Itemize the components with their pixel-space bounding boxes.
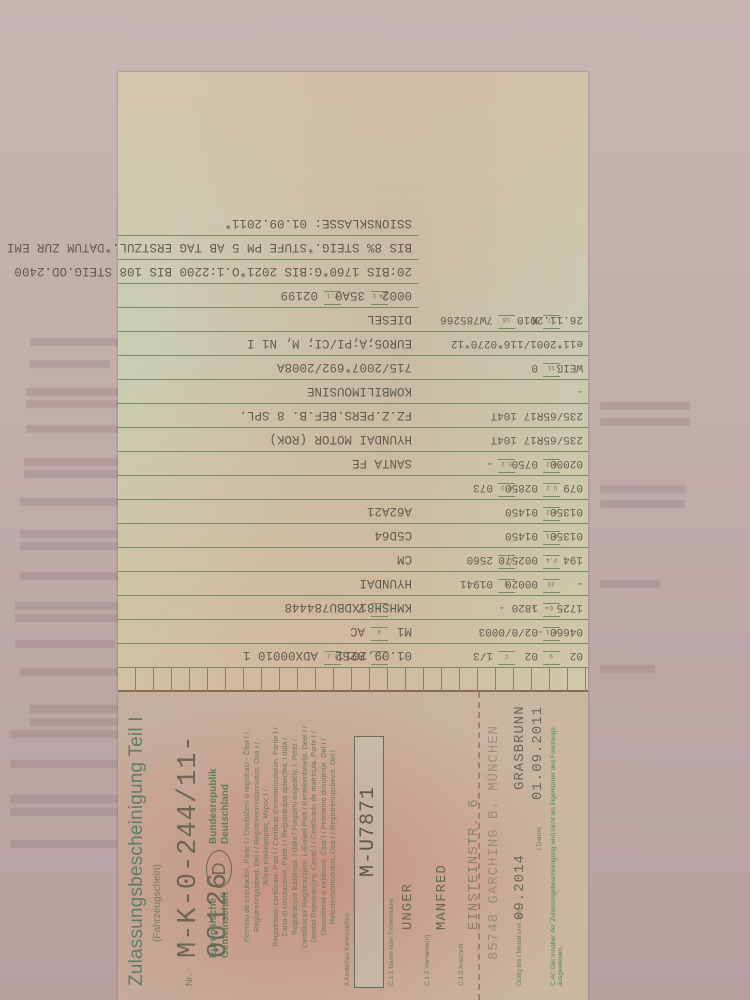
bg-text-line — [26, 425, 126, 433]
field-row: WEIß110 — [418, 355, 588, 380]
technical-fields: 02902F1/304660 - -O.102/0/00031725 - -G1… — [118, 48, 588, 668]
bg-text-line — [24, 458, 129, 466]
field-row: 235/65R17 104T — [418, 403, 588, 428]
valid-until-value: 09.2014 — [512, 854, 528, 920]
field-code-box: G — [543, 603, 560, 617]
field-code-box: P.4 — [543, 555, 560, 569]
field-extra-value: 0 — [520, 355, 538, 379]
bg-text-line — [600, 418, 690, 426]
perforation-line — [478, 692, 480, 1000]
registration-certificate: Zulassungsbescheinigung Teil I (Fahrzeug… — [118, 72, 588, 1000]
bg-text-line — [600, 665, 655, 673]
bg-text-line — [600, 500, 685, 508]
field-row: 1725 - -G1820 - — [418, 595, 588, 620]
field-row: 194P.4002570F.22560 — [418, 547, 588, 572]
field-value: 1725 - - — [565, 595, 583, 619]
multilingual-title-line: Certifikat ta' Reġistrazzjoni. L-Ewwel P… — [300, 702, 310, 972]
bg-text-line — [20, 542, 125, 550]
multilingual-title-line: Registreringsattest. Del I / Registreeri… — [252, 702, 262, 972]
bg-text-line — [26, 400, 131, 408]
field-value: 194 — [565, 547, 583, 571]
bg-text-line — [24, 470, 129, 478]
bg-text-line — [15, 614, 120, 622]
field-value: 235/65R17 104T — [565, 403, 583, 427]
field-extra-value: 1/3 — [475, 643, 493, 667]
field-value: 26.11.2010 — [565, 307, 583, 331]
multilingual-title-line: Carta di circolazione. Parte I / Reģistr… — [280, 702, 290, 972]
field-row: 02000O.20750S.2- — [418, 451, 588, 476]
field-code-box: 8.1 — [543, 531, 560, 545]
multilingual-title-line: Registration certificate. Part I / Certi… — [271, 702, 281, 972]
bg-text-line — [10, 840, 120, 848]
document-subtitle: (Fahrzeugschein) — [152, 864, 163, 942]
multilingual-title-line: Osvedčenie o evidencii. Časť I / Prometn… — [319, 702, 329, 972]
holder-firstname-label: C.1.2 Vorname(n) — [424, 935, 431, 986]
multilingual-title-line: Permiso de circulación. Parte I / Osvědč… — [242, 702, 252, 972]
bg-text-line — [30, 705, 125, 713]
field-row: - — [418, 379, 588, 404]
issue-date: 01.09.2011 — [530, 706, 546, 800]
multilingual-titles: Permiso de circulación. Parte I / Osvědč… — [242, 702, 338, 972]
bg-text-line — [30, 338, 130, 346]
multilingual-title-line: Άδεια κυκλοφορίας. Μέρος I / — [261, 702, 271, 972]
country-line-2: Deutschland — [220, 768, 232, 844]
issue-date-label: I Datum — [536, 827, 543, 850]
field-extra-value: 02850 — [520, 475, 538, 499]
field-value: 01350 — [565, 499, 583, 523]
bg-text-line — [600, 580, 660, 588]
field-extra-value: 002570 — [520, 547, 538, 571]
field-row: 02902F1/3 — [418, 643, 588, 668]
field-value: 235/65R17 104T — [565, 427, 583, 451]
field-code-box: 16 — [498, 315, 515, 329]
field-code-box: F — [498, 651, 515, 665]
bg-text-line — [20, 572, 120, 580]
field-row: 013508.101450 — [418, 523, 588, 548]
field-row: 013508.201450 — [418, 499, 588, 524]
eu-label-line-1: Europäische — [208, 892, 220, 958]
field-code-box: 17 — [543, 315, 560, 329]
field-value: e11*2001/116*0270*12 — [565, 331, 583, 355]
bg-text-line — [15, 602, 120, 610]
field-row: 26.11.201017K167W785266 — [418, 307, 588, 332]
field-extra-value: 073 — [475, 475, 493, 499]
holder-address-label: C.1.3 Anschrift — [458, 944, 465, 986]
holder-city: 85748 GARCHING B. MÜNCHEN — [486, 725, 502, 960]
bg-text-line — [10, 760, 120, 768]
bg-text-line — [30, 360, 110, 368]
field-code-box: U.3 — [498, 483, 515, 497]
bg-text-line — [20, 498, 125, 506]
field-code-box: S.2 — [498, 459, 515, 473]
field-extra-value: - — [475, 451, 493, 475]
holder-firstname: MANFRED — [434, 864, 450, 930]
field-extra-value: 01941 — [475, 571, 493, 595]
issuing-authority-place: GRASBRUNN — [512, 705, 528, 790]
multilingual-title-line: Dowód Rejestracyjny. Część I / Certifica… — [309, 702, 319, 972]
field-value: 02 — [565, 643, 583, 667]
field-value: 01350 — [565, 523, 583, 547]
field-value: 02000 — [565, 451, 583, 475]
multilingual-title-line: Registracijos liudijimas. I dalis / Forg… — [290, 702, 300, 972]
field-extra-value: 7W785266 — [475, 307, 493, 331]
document-title: Zulassungsbescheinigung Teil I — [126, 716, 148, 986]
field-row: -2000020Q01941 — [418, 571, 588, 596]
bg-text-line — [20, 530, 125, 538]
ownership-note: C.4c: Der Inhaber der Zulassungsbeschein… — [550, 716, 564, 986]
field-code-box: 8.2 — [543, 507, 560, 521]
holder-name: UNGER — [400, 883, 416, 930]
number-label: Nr. — [184, 974, 194, 986]
field-code-box: U.2 — [543, 483, 560, 497]
country-oval-icon: D — [206, 850, 232, 888]
bg-text-line — [10, 730, 120, 738]
field-extra-value: 1820 - — [520, 595, 538, 619]
field-extra-value: 02 — [520, 643, 538, 667]
field-value: - — [565, 571, 583, 595]
field-code-box: O.2 — [543, 459, 560, 473]
field-extra-value: 2560 — [475, 547, 493, 571]
plate-label: A Amtliches Kennzeichen — [344, 913, 351, 986]
field-value: 04660 - - — [565, 619, 583, 643]
field-extra-value: 01450 — [520, 523, 538, 547]
field-extra-value: 01450 — [520, 499, 538, 523]
country-line-1: Bundesrepublik — [208, 768, 220, 844]
field-extra-value: 00020 — [520, 571, 538, 595]
license-plate-box: M-U7871 — [354, 736, 384, 988]
field-row: 235/65R17 104T — [418, 427, 588, 452]
bg-text-line — [30, 718, 125, 726]
field-code-box: Q — [498, 579, 515, 593]
field-value: 079 — [565, 475, 583, 499]
certificate-front-panel: Zulassungsbescheinigung Teil I (Fahrzeug… — [118, 690, 588, 1000]
field-extra-value: 0750 — [520, 451, 538, 475]
field-row: 04660 - -O.102/0/0003 — [418, 619, 588, 644]
eu-label: Europäische Gemeinschaft — [208, 892, 232, 958]
field-row: e11*2001/116*0270*12 — [418, 331, 588, 356]
bg-text-line — [600, 402, 690, 410]
holder-name-label: C.1.1 Name oder Firmenname — [388, 898, 395, 986]
field-code-box: 9 — [543, 651, 560, 665]
field-code-strip — [118, 667, 588, 692]
license-plate: M-U7871 — [357, 786, 380, 877]
bg-text-line — [600, 485, 685, 493]
bg-text-line — [10, 795, 120, 803]
field-code-box: O.1 — [543, 627, 560, 641]
bg-text-line — [10, 808, 120, 816]
field-extra-value: 02/0/0003 — [520, 619, 538, 643]
bg-text-line — [20, 668, 120, 676]
vehicle-data-grid: 01.09.20112.102522.2ADX00010 1M14ACKMHSH… — [118, 72, 588, 692]
bg-text-line — [26, 388, 131, 396]
field-value: WEIß — [565, 355, 583, 379]
field-code-box: F.2 — [498, 555, 515, 569]
country-label: Bundesrepublik Deutschland — [208, 768, 232, 844]
field-extra-value: K — [520, 307, 538, 331]
eu-label-line-2: Gemeinschaft — [220, 892, 232, 958]
field-row: 079U.202850U.3073 — [418, 475, 588, 500]
field-value: - — [565, 379, 583, 403]
bg-text-line — [15, 640, 115, 648]
multilingual-title-line: Rekisteröintitodistus. Osa I / Registrer… — [328, 702, 338, 972]
field-code-box: 20 — [543, 579, 560, 593]
field-code-box: 11 — [543, 363, 560, 377]
